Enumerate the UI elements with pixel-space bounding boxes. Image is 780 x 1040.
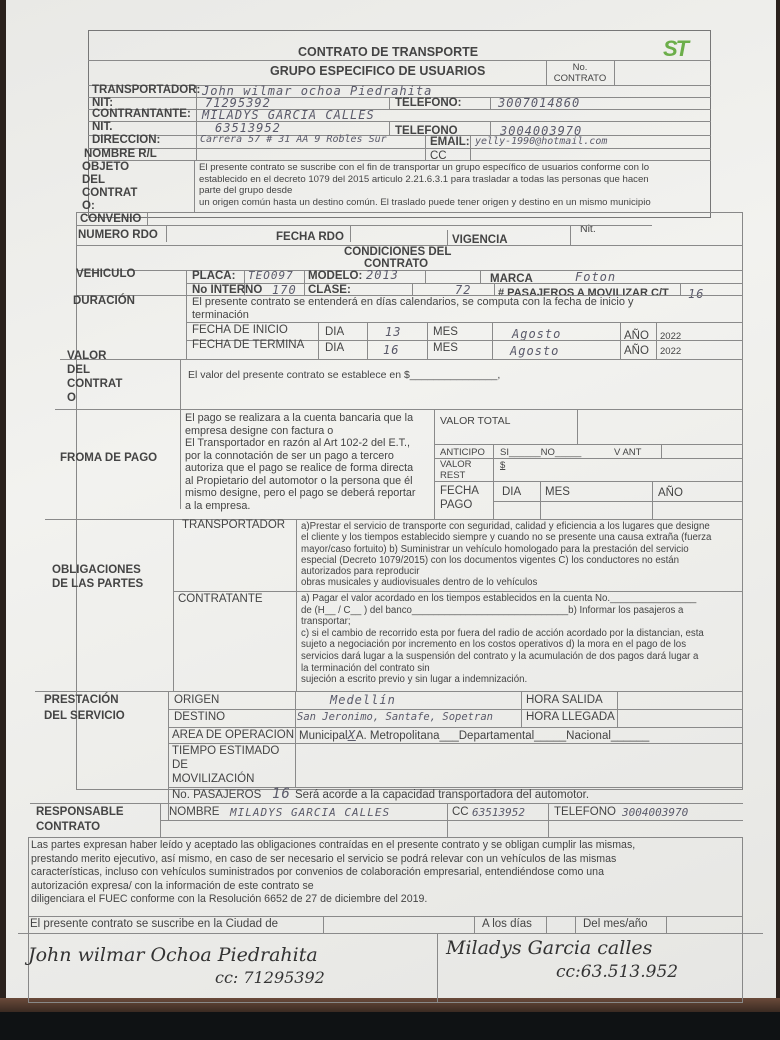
termina-mes-field[interactable]: Agosto (510, 344, 559, 358)
termina-ano-field[interactable]: 2022 (660, 346, 681, 357)
document-subtitle: GRUPO ESPECIFICO DE USUARIOS (270, 65, 485, 78)
placa-label: PLACA: (192, 270, 235, 283)
valor-rest-line: VALOR (440, 459, 472, 470)
forma-pago-text: El pago se realizara a la cuenta bancari… (185, 412, 430, 512)
obligaciones-transportador-label: TRANSPORTADOR (182, 519, 285, 532)
divider (546, 916, 547, 933)
divider (570, 225, 571, 245)
inicio-ano-label: AÑO (624, 330, 649, 343)
contratante-field[interactable]: MILADYS GARCIA CALLES (202, 108, 375, 122)
forma-pago-label: FROMA DE PAGO (60, 452, 157, 465)
duracion-text: El presente contrato se entenderá en día… (192, 296, 634, 321)
obligacion-line: a) Pagar el valor acordado en los tiempo… (301, 593, 704, 605)
area-operacion-field[interactable]: MunicipalXA. Metropolitana___Departament… (299, 729, 649, 743)
divider (434, 458, 743, 459)
divider (490, 97, 491, 109)
divider (296, 519, 297, 691)
duracion-line: El presente contrato se entenderá en día… (192, 296, 634, 309)
termina-ano-label: AÑO (624, 345, 649, 358)
obligacion-line: a)Prestar el servicio de transporte con … (301, 521, 711, 532)
divider (55, 409, 743, 410)
mes-ano-label: Del mes/año (583, 918, 648, 931)
no-pasajeros-label: No. PASAJEROS (172, 789, 261, 802)
divider (389, 97, 390, 109)
pago-line: al Propietario del automotor o la person… (185, 475, 430, 488)
valor-text: El valor del presente contrato se establ… (188, 369, 500, 382)
objeto-label-line: OBJETO (82, 161, 137, 174)
dias-label: A los días (482, 918, 532, 931)
marca-label: MARCA (490, 273, 533, 286)
obligaciones-contratante-text: a) Pagar el valor acordado en los tiempo… (301, 593, 704, 686)
divider (447, 230, 448, 245)
fecha-rdo-label: FECHA RDO (276, 231, 344, 244)
pago-mes-label: MES (545, 486, 570, 499)
fecha-pago-label: FECHA PAGO (440, 484, 479, 512)
divider (389, 121, 390, 135)
objeto-label-line: CONTRAT (82, 187, 137, 200)
pasajeros-movilizar-field[interactable]: 16 (688, 287, 704, 301)
valor-rest-field[interactable]: $ (500, 460, 505, 471)
area-mark: X (348, 728, 356, 742)
signature-contratante: Miladys Garcia calles (446, 937, 652, 959)
no-pasajeros-field[interactable]: 16 (272, 786, 291, 802)
obligaciones-label: OBLIGACIONES DE LAS PARTES (52, 563, 143, 591)
responsable-cc-label: CC (452, 806, 469, 819)
closing-line: prestando merito ejecutivo, así mismo, e… (31, 853, 741, 867)
destino-field[interactable]: San Jeronimo, Santafe, Sopetran (297, 711, 493, 723)
numero-rdo-label: NUMERO RDO (78, 229, 158, 242)
pago-line: empresa designe con factura o (185, 425, 430, 438)
termina-dia-label: DIA (325, 342, 344, 355)
ciudad-label: El presente contrato se suscribe en la C… (30, 918, 278, 931)
valor-label-line: O (67, 391, 122, 405)
transportador-label: TRANSPORTADOR: (92, 84, 200, 97)
direccion-field[interactable]: Carrera 57 # 31 AA 9 Robles Sur (200, 134, 387, 145)
obligacion-line: autorizados para reproducir (301, 566, 711, 577)
responsable-label-line: RESPONSABLE (36, 805, 124, 820)
divider (323, 916, 324, 933)
objeto-line: parte del grupo desde (199, 185, 651, 197)
placa-field[interactable]: TEO097 (248, 269, 294, 282)
divider (168, 709, 743, 710)
telefono1-field[interactable]: 3007014860 (498, 96, 580, 110)
closing-line: Las partes expresan haber leído y acepta… (31, 839, 741, 853)
divider (180, 359, 181, 509)
divider (168, 691, 169, 821)
objeto-line: establecido en el decreto 1079 del 2015 … (199, 174, 651, 186)
contract-number-field[interactable] (620, 66, 708, 80)
background (0, 1012, 780, 1040)
anticipo-label: ANTICIPO (440, 447, 485, 458)
nit2-label: NIT. (92, 121, 112, 134)
responsable-telefono-field[interactable]: 3004003970 (622, 806, 688, 819)
divider (666, 916, 667, 933)
obligacion-line: el cliente y los tiempos establecido sie… (301, 532, 711, 543)
divider (577, 409, 578, 444)
divider (168, 787, 743, 788)
divider (434, 444, 743, 445)
objeto-line: El presente contrato se suscribe con el … (199, 162, 651, 174)
objeto-text: El presente contrato se suscribe con el … (199, 162, 651, 208)
valor-rest-label: VALOR REST (440, 459, 472, 481)
divider (680, 283, 681, 295)
direccion-label: DIRECCION: (92, 134, 160, 147)
objeto-label-line: DEL (82, 174, 137, 187)
divider (661, 444, 662, 458)
destino-label: DESTINO (174, 711, 225, 724)
responsable-telefono-label: TELEFONO (554, 806, 616, 819)
fecha-inicio-label: FECHA DE INICIO (192, 324, 288, 337)
objeto-label: OBJETO DEL CONTRAT O: (82, 161, 137, 213)
duracion-label: DURACIÓN (73, 295, 135, 308)
responsable-label: RESPONSABLE CONTRATO (36, 805, 124, 835)
inicio-mes-field[interactable]: Agosto (512, 327, 561, 341)
responsable-nombre-field[interactable]: MILADYS GARCIA CALLES (230, 806, 390, 819)
divider (76, 270, 743, 271)
divider (173, 519, 174, 691)
divider (474, 916, 475, 933)
divider (493, 501, 743, 502)
closing-line: diligenciara el FUEC conforme con la Res… (31, 893, 741, 907)
prestacion-label-line: PRESTACIÓN (44, 692, 125, 708)
divider (147, 212, 148, 225)
valor-label: VALOR DEL CONTRAT O (67, 349, 122, 405)
closing-text: Las partes expresan haber leído y acepta… (31, 839, 741, 907)
obligaciones-label-line: OBLIGACIONES (52, 563, 143, 577)
divider (28, 916, 743, 917)
pago-dia-label: DIA (502, 486, 521, 499)
divider (173, 591, 743, 592)
valor-label-line: CONTRAT (67, 377, 122, 391)
no-pasajeros-text: Será acorde a la capacidad transportador… (295, 789, 589, 802)
area-operacion-label: AREA DE OPERACION (172, 729, 294, 742)
divider (295, 691, 296, 787)
tiempo-estimado-label: TIEMPO ESTIMADO DE MOVILIZACIÓN (172, 744, 279, 786)
obligacion-line: sujeción a escrito previo y sin lugar a … (301, 674, 704, 686)
area-options: A. Metropolitana___Departamental_____Nac… (356, 730, 649, 742)
divider (88, 160, 711, 161)
signature-transportador-cc: cc: 71295392 (215, 968, 325, 987)
email-field[interactable]: yelly-1990@hotmail.com (475, 136, 607, 147)
contratante-label: CONTRANTANTE: (92, 108, 191, 121)
pago-line: El pago se realizara a la cuenta bancari… (185, 412, 430, 425)
obligacion-line: servicios dará lugar a la suspensión del… (301, 651, 704, 663)
divider (166, 225, 167, 242)
closing-line: características, incluso con vehículos s… (31, 866, 741, 880)
pago-ano-label: AÑO (658, 487, 683, 500)
vehiculo-label: VEHICULO (76, 268, 135, 281)
v-ant-label: V ANT (614, 447, 641, 458)
divider (60, 359, 743, 360)
divider (425, 270, 426, 283)
company-logo: ST (663, 36, 687, 62)
obligacion-line: sujeto a negociación por incremento en l… (301, 639, 704, 651)
tiempo-label-line: TIEMPO ESTIMADO (172, 744, 279, 758)
prestacion-label-line: DEL SERVICIO (44, 708, 125, 724)
responsable-cc-field[interactable]: 63513952 (472, 806, 525, 819)
divider (35, 691, 743, 692)
divider (168, 727, 743, 728)
duracion-line: terminación (192, 309, 634, 322)
pago-line: a la empresa. (185, 500, 430, 513)
marca-field[interactable]: Foton (575, 270, 616, 284)
tiempo-label-line: MOVILIZACIÓN (172, 772, 279, 786)
area-municipal: Municipal (299, 730, 348, 742)
divider (45, 519, 743, 520)
divider (76, 225, 652, 226)
modelo-field[interactable]: 2013 (366, 268, 399, 282)
valor-label-line: VALOR (67, 349, 122, 363)
divider (88, 148, 711, 149)
fecha-pago-line: PAGO (440, 498, 479, 512)
signature-contratante-cc: cc:63.513.952 (556, 962, 678, 982)
divider (194, 160, 195, 212)
divider (412, 283, 413, 295)
obligacion-line: mayor/caso fortuito) b) Suministrar un v… (301, 544, 711, 555)
fecha-termina-label: FECHA DE TERMINA (192, 339, 304, 352)
pago-line: El Transportador en razón al Art 102-2 d… (185, 437, 430, 450)
fecha-pago-line: FECHA (440, 484, 479, 498)
pago-line: mismo designe, pero el pago se deberá re… (185, 487, 430, 500)
responsable-label-line: CONTRATO (36, 820, 124, 835)
divider (437, 933, 438, 1003)
obligacion-line: la terminación del contrato sin (301, 663, 704, 675)
hora-salida-label: HORA SALIDA (526, 694, 603, 707)
prestacion-label: PRESTACIÓN DEL SERVICIO (44, 692, 125, 724)
contract-number-label: No. CONTRATO (552, 62, 608, 84)
valor-label-line: DEL (67, 363, 122, 377)
valor-rest-line: REST (440, 470, 472, 481)
inicio-dia-field[interactable]: 13 (385, 325, 401, 339)
divider (546, 60, 547, 85)
divider (575, 916, 576, 933)
inicio-mes-label: MES (433, 326, 458, 339)
obligaciones-transportador-text: a)Prestar el servicio de transporte con … (301, 521, 711, 589)
obligacion-line: c) si el cambio de recorrido esta por fu… (301, 628, 704, 640)
divider (434, 409, 435, 519)
divider (490, 121, 491, 135)
objeto-line: un origen común hasta un destino común. … (199, 197, 651, 209)
origen-label: ORIGEN (174, 694, 219, 707)
divider (88, 135, 711, 136)
divider (540, 481, 541, 519)
obligacion-line: transportar; (301, 616, 704, 628)
divider (434, 481, 743, 482)
divider (30, 803, 743, 804)
obligacion-line: especial (Decreto 1079/2015) con los doc… (301, 555, 711, 566)
origen-field[interactable]: Medellín (330, 693, 396, 707)
termina-dia-field[interactable]: 16 (383, 343, 399, 357)
divider (652, 481, 653, 519)
anticipo-si-no[interactable]: SI______NO_____ (500, 447, 581, 458)
divider (480, 270, 481, 283)
valor-total-label: VALOR TOTAL (440, 416, 510, 427)
obligacion-line: obras musicales y audiovisuales dentro d… (301, 577, 711, 588)
tiempo-label-line: DE (172, 758, 279, 772)
obligaciones-contratante-label: CONTRATANTE (178, 593, 263, 606)
obligacion-line: de (H__ / C__ ) del banco_______________… (301, 605, 704, 617)
inicio-dia-label: DIA (325, 326, 344, 339)
closing-line: autorización expresa/ con la información… (31, 880, 741, 894)
nit2-field[interactable]: 63513952 (215, 121, 281, 135)
divider (88, 60, 711, 61)
divider (18, 933, 763, 934)
termina-mes-label: MES (433, 342, 458, 355)
divider (160, 820, 743, 821)
divider (88, 121, 711, 122)
pago-line: autoriza que el pago se realice de forma… (185, 462, 430, 475)
signature-transportador: John wilmar Ochoa Piedrahita (28, 944, 318, 966)
divider (614, 60, 615, 85)
obligaciones-label-line: DE LAS PARTES (52, 577, 143, 591)
modelo-label: MODELO: (308, 270, 362, 283)
divider (494, 283, 495, 295)
divider (350, 225, 351, 242)
document-title: CONTRATO DE TRANSPORTE (298, 46, 478, 59)
hora-llegada-label: HORA LLEGADA (526, 711, 615, 724)
divider (186, 322, 743, 323)
responsable-nombre-label: NOMBRE (169, 806, 219, 819)
pago-line: por la connotación de ser un pago a terc… (185, 450, 430, 463)
